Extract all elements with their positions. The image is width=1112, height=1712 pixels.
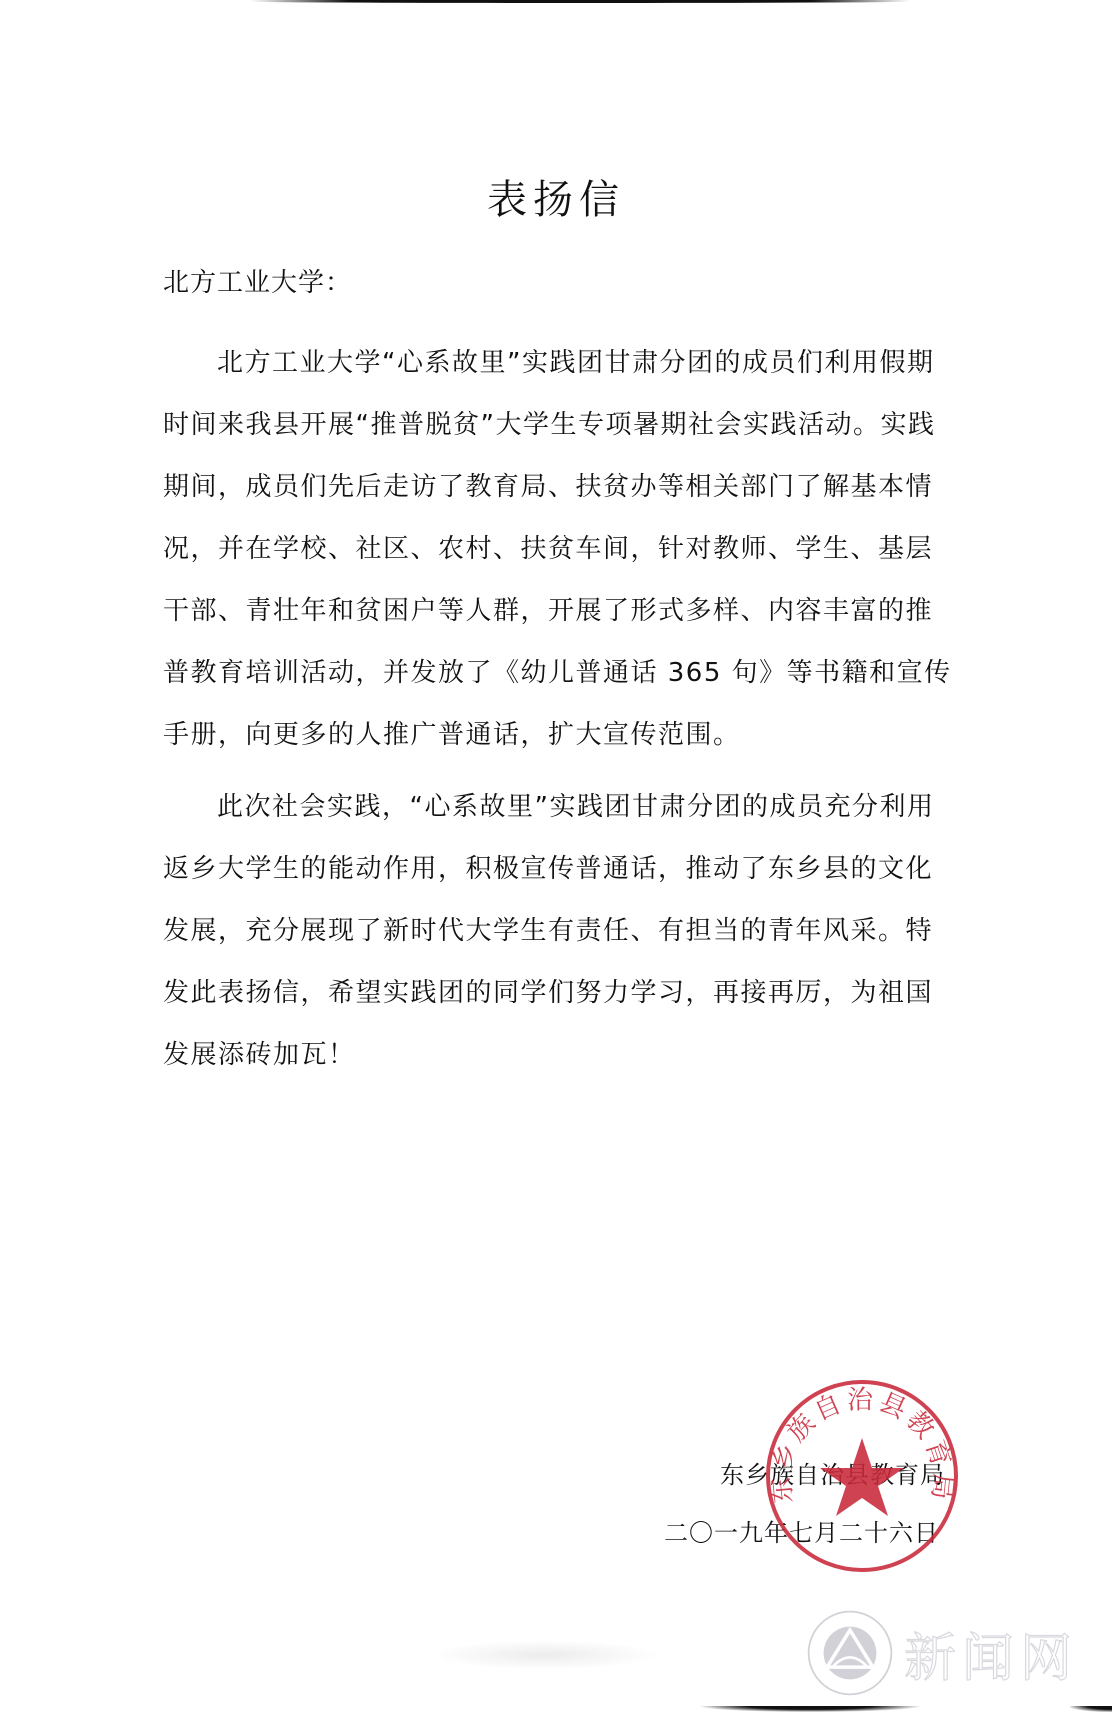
watermark: 新闻网 — [806, 1605, 1106, 1701]
paragraph-1-line: 期间，成员们先后走访了教育局、扶贫办等相关部门了解基本情 — [163, 456, 1023, 518]
paragraph-2-line: 发此表扬信，希望实践团的同学们努力学习，再接再厉，为祖国 — [163, 962, 1023, 1024]
paragraph-1-line: 手册，向更多的人推广普通话，扩大宣传范围。 — [163, 704, 1023, 766]
paragraph-1: 北方工业大学“心系故里”实践团甘肃分团的成员们利用假期 时间来我县开展“推普脱贫… — [163, 332, 1023, 766]
document-title: 表扬信 — [0, 168, 1112, 225]
watermark-text: 新闻网 — [904, 1616, 1078, 1691]
paragraph-1-line: 时间来我县开展“推普脱贫”大学生专项暑期社会实践活动。实践 — [163, 394, 1023, 456]
official-seal: 东乡族自治县教育局 — [762, 1376, 962, 1576]
paper-top-edge-shadow — [250, 0, 910, 3]
paragraph-2-line: 发展添砖加瓦！ — [163, 1024, 1023, 1086]
paragraph-1-line: 干部、青壮年和贫困户等人群，开展了形式多样、内容丰富的推 — [163, 580, 1023, 642]
university-emblem-icon — [806, 1609, 894, 1697]
paragraph-1-line: 普教育培训活动，并发放了《幼儿普通话 365 句》等书籍和宣传 — [163, 642, 1023, 704]
paragraph-2-line: 发展，充分展现了新时代大学生有责任、有担当的青年风采。特 — [163, 900, 1023, 962]
paper-bottom-edge-shadow — [700, 1706, 920, 1712]
salutation: 北方工业大学： — [163, 262, 352, 299]
paragraph-1-line: 北方工业大学“心系故里”实践团甘肃分团的成员们利用假期 — [163, 332, 1023, 394]
scan-smudge — [430, 1640, 660, 1670]
paragraph-2-line: 返乡大学生的能动作用，积极宣传普通话，推动了东乡县的文化 — [163, 838, 1023, 900]
paragraph-2: 此次社会实践，“心系故里”实践团甘肃分团的成员充分利用 返乡大学生的能动作用，积… — [163, 776, 1023, 1086]
paper-bottom-edge-shadow — [1070, 1706, 1112, 1712]
paragraph-2-line: 此次社会实践，“心系故里”实践团甘肃分团的成员充分利用 — [163, 776, 1023, 838]
star-icon — [820, 1438, 904, 1516]
paragraph-1-line: 况，并在学校、社区、农村、扶贫车间，针对教师、学生、基层 — [163, 518, 1023, 580]
